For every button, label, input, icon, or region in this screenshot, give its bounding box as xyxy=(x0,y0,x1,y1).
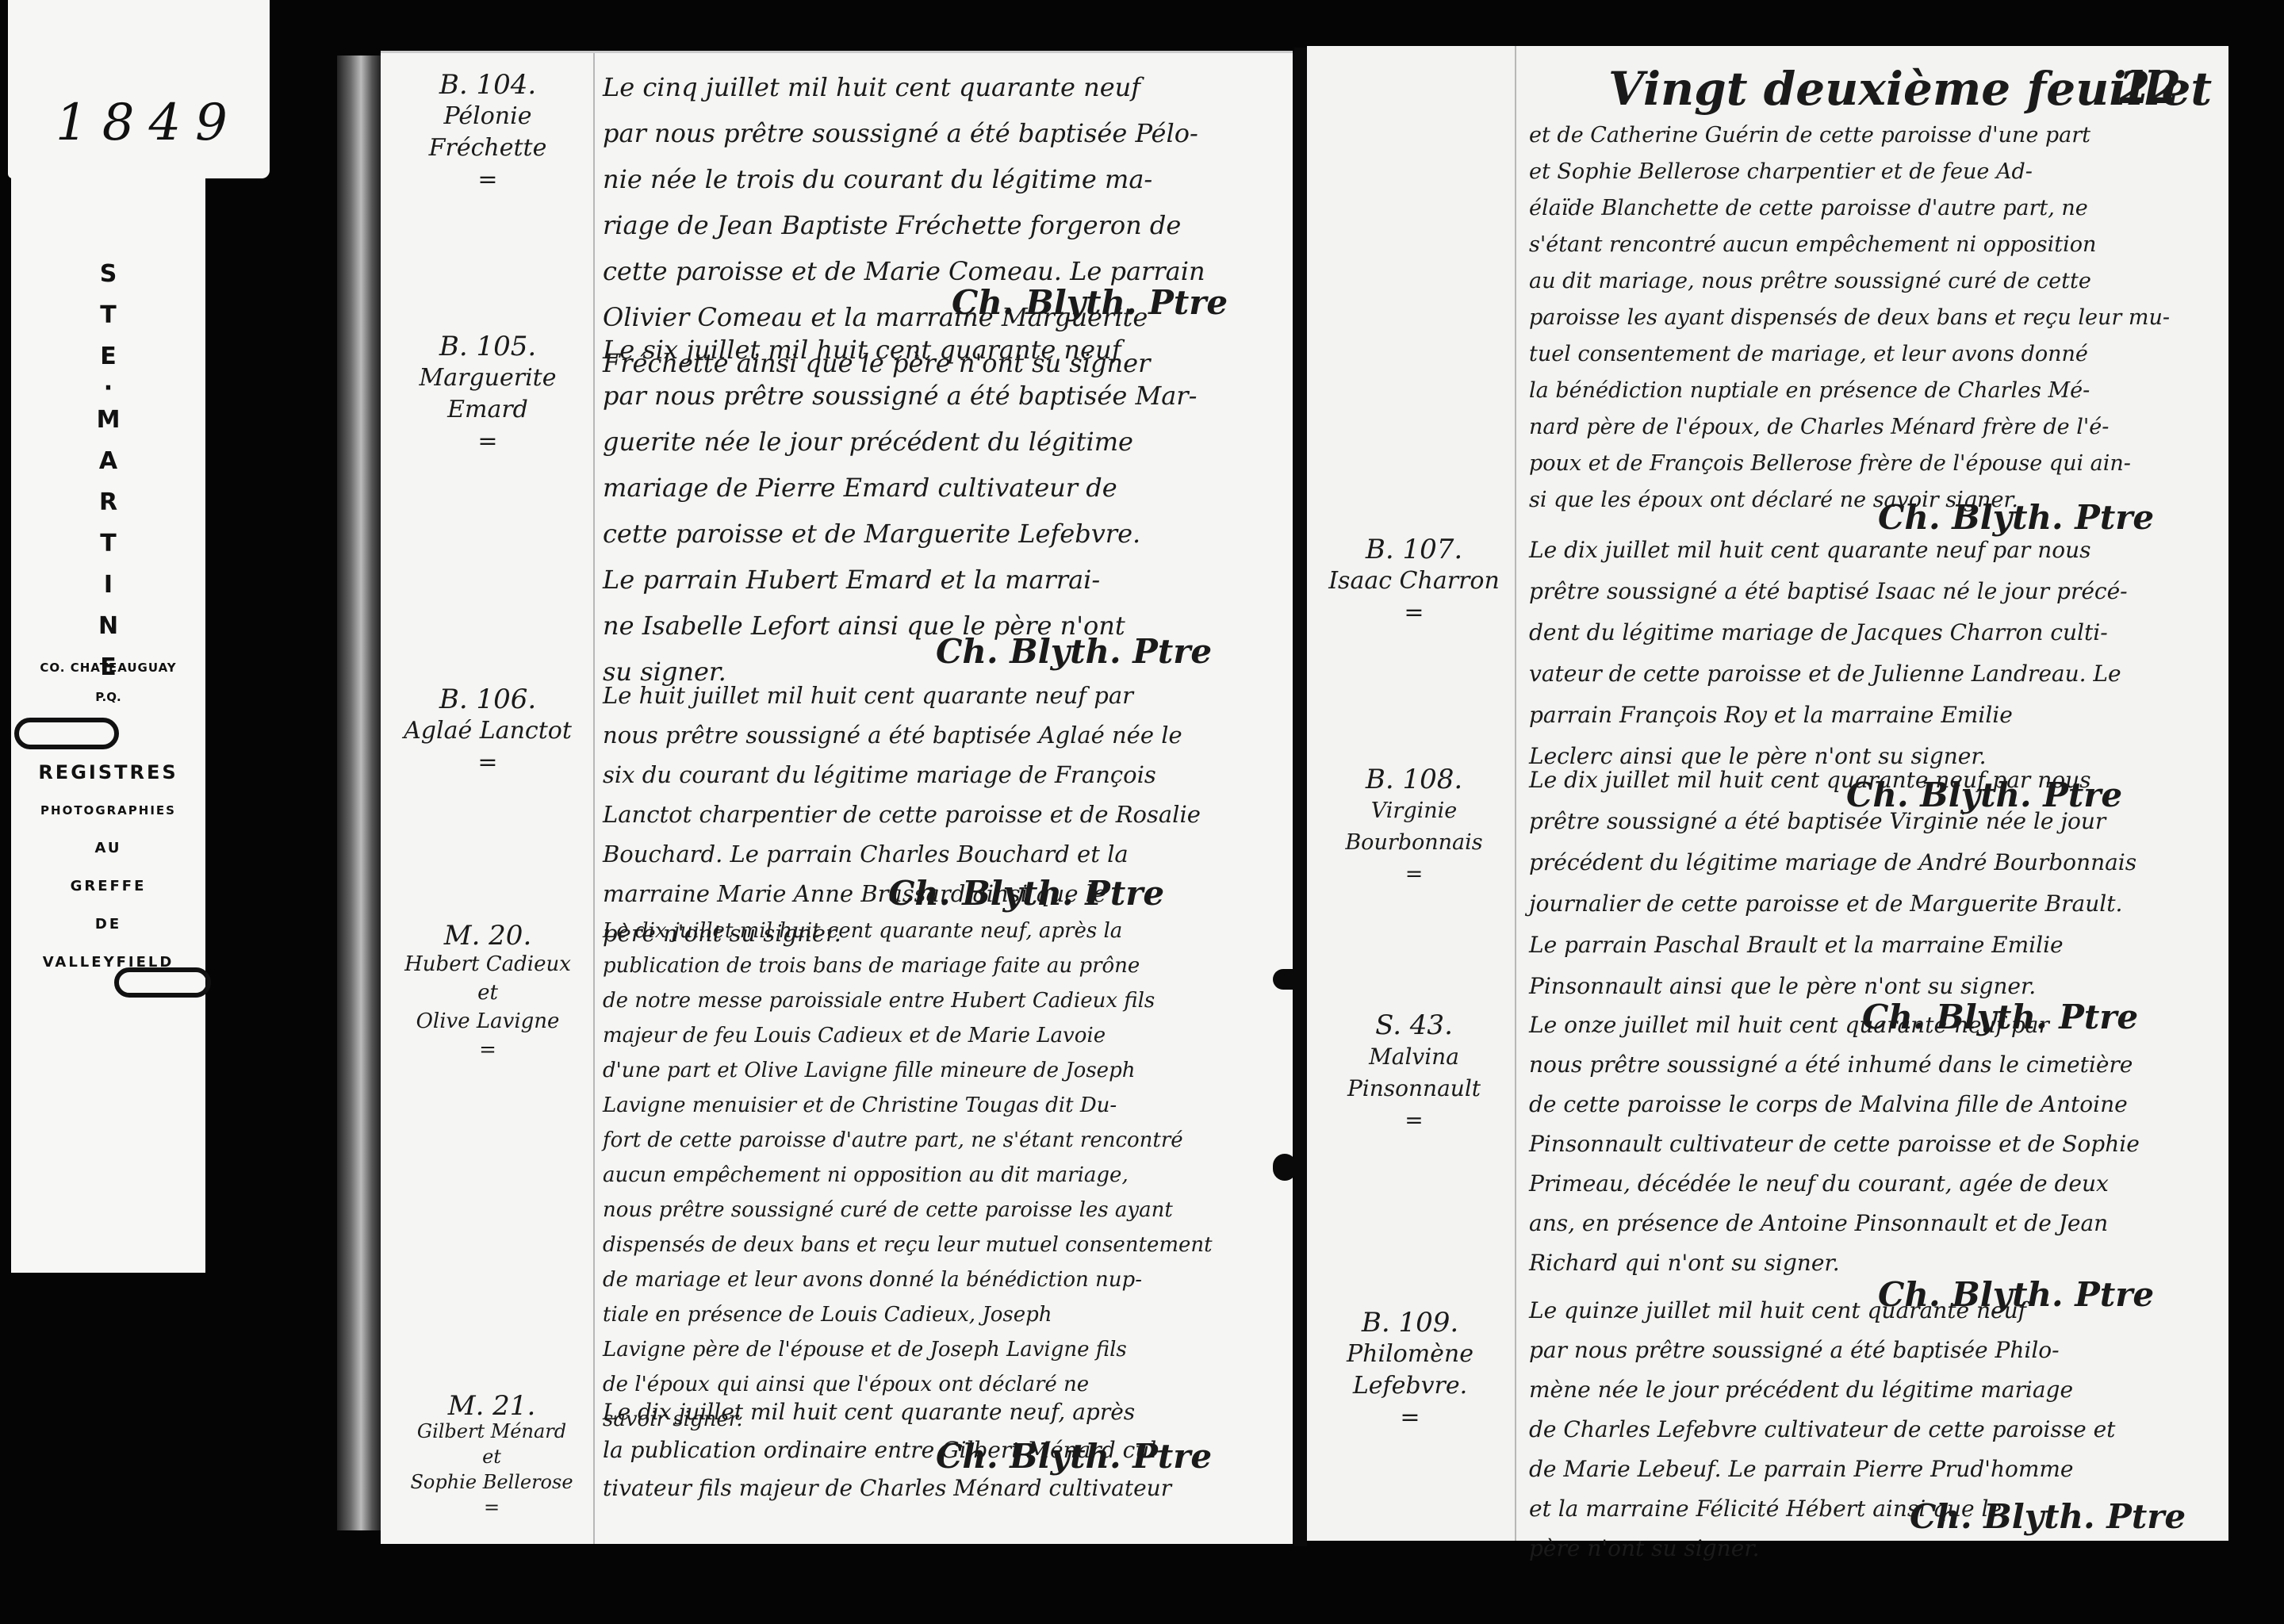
priest-signature: Ch. Blyth. Ptre xyxy=(952,283,1228,322)
parish-letter: S xyxy=(11,254,205,295)
year-tag: 1849 xyxy=(8,0,270,178)
parish-letter: N xyxy=(11,606,205,647)
archive-line: AU xyxy=(11,829,205,868)
archive-label: S T E · M A R T I N E CO. CHATEAUGUAY P.… xyxy=(11,170,205,1273)
parish-letter: A xyxy=(11,441,205,482)
left-page: B. 104. Pélonie Fréchette = Le cinq juil… xyxy=(381,51,1293,1544)
parish-letter: I xyxy=(11,565,205,606)
entry-text: et de Catherine Guérin de cette paroisse… xyxy=(1529,117,2170,519)
entry-margin-note: B. 107. Isaac Charron = xyxy=(1315,534,1513,629)
entry-text: Le dix juillet mil huit cent quarante ne… xyxy=(1529,760,2136,1007)
archive-line: GREFFE xyxy=(11,868,205,906)
entry-margin-note: B. 108. Virginie Bourbonnais = xyxy=(1311,764,1517,891)
entry-text: Le dix juillet mil huit cent quarante ne… xyxy=(603,1393,1171,1507)
county-label: CO. CHATEAUGUAY xyxy=(11,661,205,675)
entry-margin-note: M. 20. Hubert Cadieux et Olive Lavigne = xyxy=(389,921,587,1064)
entry-margin-note: B. 106. Aglaé Lanctot = xyxy=(397,684,579,779)
priest-signature: Ch. Blyth. Ptre xyxy=(936,632,1212,671)
priest-signature: Ch. Blyth. Ptre xyxy=(888,874,1164,913)
entry-margin-note: S. 43. Malvina Pinsonnault = xyxy=(1311,1009,1517,1136)
book-edge xyxy=(337,56,381,1530)
archive-line: PHOTOGRAPHIES xyxy=(11,791,205,829)
parish-letter: T xyxy=(11,523,205,565)
entry-margin-note: B. 105. Marguerite Emard = xyxy=(397,331,579,458)
province-label: P.Q. xyxy=(11,690,205,704)
archive-line: REGISTRES xyxy=(11,753,205,791)
parish-letter: R xyxy=(11,482,205,523)
binding-tie xyxy=(1273,1154,1297,1181)
parish-name: S T E · M A R T I N E xyxy=(11,254,205,688)
page-number: 22 xyxy=(2119,62,2181,114)
paperclip-icon xyxy=(14,718,119,749)
parish-letter: · xyxy=(11,377,205,400)
entry-margin-note: B. 104. Pélonie Fréchette = xyxy=(397,69,579,196)
entry-margin-note: M. 21. Gilbert Ménard et Sophie Belleros… xyxy=(389,1393,595,1520)
paperclip-icon xyxy=(114,967,211,998)
entry-text: Le onze juillet mil huit cent quarante n… xyxy=(1529,1005,2140,1283)
parish-letter: T xyxy=(11,295,205,336)
entry-text: Le dix juillet mil huit cent quarante ne… xyxy=(603,913,1213,1437)
book-gutter xyxy=(1294,48,1307,1546)
priest-signature: Ch. Blyth. Ptre xyxy=(1910,1497,2186,1536)
right-page: Vingt deuxième feuillet 22 et de Catheri… xyxy=(1307,46,2228,1541)
entry-text: Le dix juillet mil huit cent quarante ne… xyxy=(1529,530,2128,777)
archive-line: DE xyxy=(11,906,205,944)
parish-letter: E xyxy=(11,336,205,377)
parish-letter: M xyxy=(11,400,205,441)
margin-rule xyxy=(593,53,595,1544)
year-label: 1849 xyxy=(56,94,242,152)
entry-margin-note: B. 109. Philomène Lefebvre. = xyxy=(1311,1307,1509,1434)
archive-note: REGISTRES PHOTOGRAPHIES AU GREFFE DE VAL… xyxy=(11,753,205,982)
